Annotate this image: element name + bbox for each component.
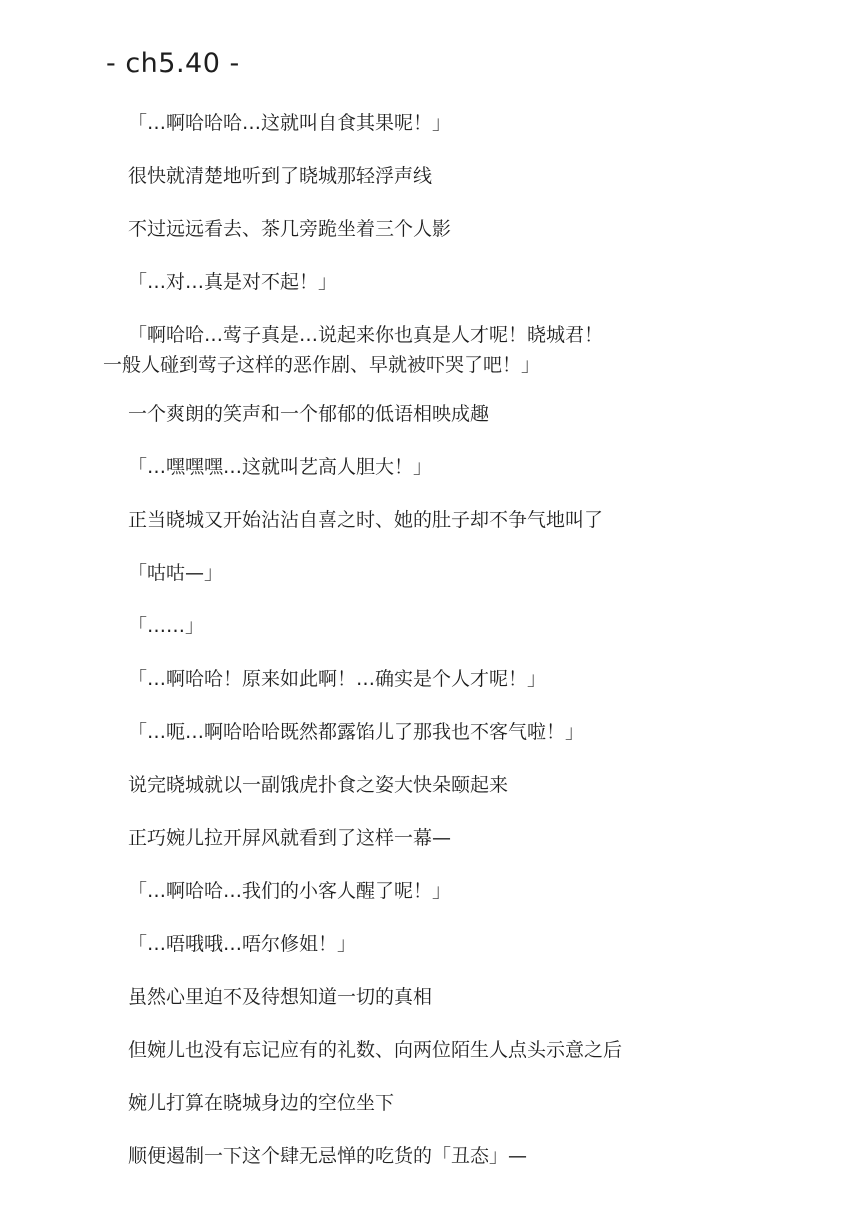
paragraph: 说完晓城就以一副饿虎扑食之姿大快朵颐起来 xyxy=(103,770,843,800)
chapter-title: - ch5.40 - xyxy=(106,44,240,84)
paragraph-line: 顺便遏制一下这个肆无忌惮的吃货的「丑态」— xyxy=(103,1141,843,1171)
paragraph: 「…啊哈哈！原来如此啊！…确实是个人才呢！」 xyxy=(103,664,843,694)
paragraph-line: 「…对…真是对不起！」 xyxy=(103,267,843,297)
paragraph: 「咕咕—」 xyxy=(103,558,843,588)
paragraph-line: 婉儿打算在晓城身边的空位坐下 xyxy=(103,1088,843,1118)
paragraph-line: 正巧婉儿拉开屏风就看到了这样一幕— xyxy=(103,823,843,853)
document-page: - ch5.40 - 「…啊哈哈哈…这就叫自食其果呢！」 很快就清楚地听到了晓城… xyxy=(0,0,868,1227)
paragraph: 很快就清楚地听到了晓城那轻浮声线 xyxy=(103,161,843,191)
paragraph: 「…呃…啊哈哈哈既然都露馅儿了那我也不客气啦！」 xyxy=(103,717,843,747)
paragraph: 顺便遏制一下这个肆无忌惮的吃货的「丑态」— xyxy=(103,1141,843,1171)
paragraph: 「…唔哦哦…唔尔修姐！」 xyxy=(103,929,843,959)
paragraph-line: 很快就清楚地听到了晓城那轻浮声线 xyxy=(103,161,843,191)
paragraph: 「…对…真是对不起！」 xyxy=(103,267,843,297)
paragraph-line: 不过远远看去、茶几旁跪坐着三个人影 xyxy=(103,214,843,244)
paragraph: 正当晓城又开始沾沾自喜之时、她的肚子却不争气地叫了 xyxy=(103,505,843,535)
paragraph: 「……」 xyxy=(103,611,843,641)
paragraph-line: 「啊哈哈…莺子真是…说起来你也真是人才呢！晓城君！ xyxy=(103,320,843,350)
paragraph-line: 但婉儿也没有忘记应有的礼数、向两位陌生人点头示意之后 xyxy=(103,1035,843,1065)
paragraph: 「…啊哈哈哈…这就叫自食其果呢！」 xyxy=(103,108,843,138)
paragraph-line: 「…唔哦哦…唔尔修姐！」 xyxy=(103,929,843,959)
paragraph: 不过远远看去、茶几旁跪坐着三个人影 xyxy=(103,214,843,244)
paragraph-line: 「…嘿嘿嘿…这就叫艺高人胆大！」 xyxy=(103,452,843,482)
paragraph-line: 「…啊哈哈…我们的小客人醒了呢！」 xyxy=(103,876,843,906)
paragraph: 一个爽朗的笑声和一个郁郁的低语相映成趣 xyxy=(103,399,843,429)
paragraph-line: 虽然心里迫不及待想知道一切的真相 xyxy=(103,982,843,1012)
paragraph-line-continuation: 一般人碰到莺子这样的恶作剧、早就被吓哭了吧！」 xyxy=(103,350,843,380)
paragraph-line: 正当晓城又开始沾沾自喜之时、她的肚子却不争气地叫了 xyxy=(103,505,843,535)
paragraph: 正巧婉儿拉开屏风就看到了这样一幕— xyxy=(103,823,843,853)
paragraph: 虽然心里迫不及待想知道一切的真相 xyxy=(103,982,843,1012)
paragraph-line: 「……」 xyxy=(103,611,843,641)
paragraph-line: 「…啊哈哈哈…这就叫自食其果呢！」 xyxy=(103,108,843,138)
paragraph: 「啊哈哈…莺子真是…说起来你也真是人才呢！晓城君！ 一般人碰到莺子这样的恶作剧、… xyxy=(103,320,843,380)
paragraph: 「…嘿嘿嘿…这就叫艺高人胆大！」 xyxy=(103,452,843,482)
paragraph-line: 说完晓城就以一副饿虎扑食之姿大快朵颐起来 xyxy=(103,770,843,800)
paragraph-line: 「咕咕—」 xyxy=(103,558,843,588)
paragraph-line: 「…啊哈哈！原来如此啊！…确实是个人才呢！」 xyxy=(103,664,843,694)
paragraph-line: 一个爽朗的笑声和一个郁郁的低语相映成趣 xyxy=(103,399,843,429)
paragraph: 婉儿打算在晓城身边的空位坐下 xyxy=(103,1088,843,1118)
paragraph: 但婉儿也没有忘记应有的礼数、向两位陌生人点头示意之后 xyxy=(103,1035,843,1065)
paragraph: 「…啊哈哈…我们的小客人醒了呢！」 xyxy=(103,876,843,906)
paragraph-line: 「…呃…啊哈哈哈既然都露馅儿了那我也不客气啦！」 xyxy=(103,717,843,747)
